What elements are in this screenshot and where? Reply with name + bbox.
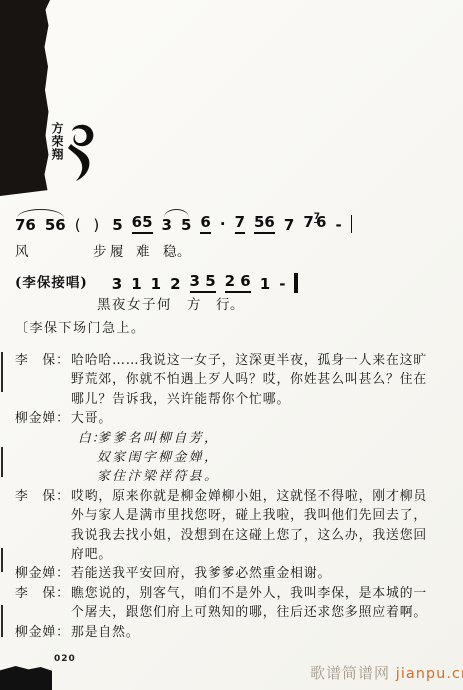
dialogue-line: 个屠夫，跟您们府上可熟知的哪，往后还求您多照应着啊。 bbox=[15, 603, 449, 622]
dash: - bbox=[335, 217, 341, 234]
scan-artifact bbox=[1, 605, 3, 637]
dialogue-text: 哈哈哈……我说这一女子，这深更半夜，孤身一人来在这旷 bbox=[71, 351, 449, 370]
note-underlined: 2 6 bbox=[225, 273, 251, 293]
note-with-grace: 776 bbox=[303, 214, 326, 234]
music-line-2: (李保接唱) 3 1 1 2 3 5 2 6 1 - bbox=[15, 273, 298, 293]
dialogue-text: 哪儿？告诉我，兴许能帮你个忙哪。 bbox=[71, 390, 449, 409]
dialogue-text: 若能送我平安回府，我爹爹必然重金相谢。 bbox=[71, 564, 449, 583]
dialogue-text: 大哥。 bbox=[71, 409, 449, 428]
scan-artifact bbox=[1, 548, 3, 572]
verse-line: 白：爹爹名叫柳自芳， bbox=[15, 429, 449, 448]
dialogue-line: 李 保：瞧您说的，别客气，咱们不是外人，我叫李保，是本城的一 bbox=[15, 584, 449, 603]
speaker-name: 李 保： bbox=[15, 487, 71, 506]
dialogue-line: 李 保：哎哟，原来你就是柳金婵柳小姐，这就怪不得啦，刚才柳员 bbox=[15, 487, 449, 506]
seal-name-text: 方荣翔 bbox=[50, 122, 63, 184]
note: 3 bbox=[162, 217, 172, 234]
page-number: 020 bbox=[54, 654, 76, 664]
note: 1 bbox=[260, 276, 270, 293]
speaker-name: 李 保： bbox=[15, 351, 71, 370]
note: 1 bbox=[131, 276, 141, 293]
dash: - bbox=[279, 276, 285, 293]
dialogue-text: 府吧。 bbox=[71, 545, 449, 564]
speaker-name: 柳金婵： bbox=[15, 623, 71, 642]
grace-note: 7 bbox=[314, 212, 320, 223]
barline bbox=[351, 215, 353, 233]
dialogue-text: 野荒郊，你就不怕遇上歹人吗？哎，你姓甚么叫甚么？住在 bbox=[71, 370, 449, 389]
dialogue-line: 李 保：哈哈哈……我说这一女子，这深更半夜，孤身一人来在这旷 bbox=[15, 351, 449, 370]
verse-label: 白： bbox=[78, 429, 97, 448]
tie-group: 3 5 bbox=[162, 217, 192, 234]
lyric: 子 bbox=[142, 293, 156, 313]
dialogue-line: 野荒郊，你就不怕遇上歹人吗？哎，你姓甚么叫甚么？住在 bbox=[15, 370, 449, 389]
singer-cue: (李保接唱) bbox=[15, 275, 88, 293]
note: 5 bbox=[181, 217, 191, 234]
dialogue-line: 柳金婵：若能送我平安回府，我爹爹必然重金相谢。 bbox=[15, 564, 449, 583]
rest-parentheses: ( ) bbox=[75, 217, 103, 234]
lyric: 夜 bbox=[112, 293, 126, 313]
seal-swirl-icon bbox=[63, 124, 95, 184]
dialogue-text: 我说我去找小姐，没想到在这碰上您了，这么办，我送您回 bbox=[71, 526, 449, 545]
lyric: 方 bbox=[187, 293, 201, 313]
stage-direction: 〔李保下场门急上。 bbox=[15, 317, 146, 336]
dialogue-text: 哎哟，原来你就是柳金婵柳小姐，这就怪不得啦，刚才柳员 bbox=[71, 487, 449, 506]
verse-line: 奴家闺字柳金婵， bbox=[15, 448, 449, 467]
dialogue-line: 府吧。 bbox=[15, 545, 449, 564]
lyric: 行。 bbox=[216, 293, 244, 313]
seal: 方荣翔 bbox=[50, 122, 96, 184]
lyric: 履 bbox=[110, 240, 124, 260]
scan-artifact bbox=[1, 447, 3, 477]
verse-line: 家住汴梁祥符县。 bbox=[15, 467, 449, 486]
note-underlined: 3 5 bbox=[190, 273, 216, 293]
verse-text: 家住汴梁祥符县。 bbox=[97, 467, 449, 486]
watermark-site-name: 歌谱简谱网 bbox=[310, 664, 390, 682]
note-underlined: 56 bbox=[254, 214, 275, 234]
note: 76 bbox=[15, 217, 36, 234]
note-underlined: 7 bbox=[235, 214, 245, 234]
dialogue-line: 外与家人是满市里找您呀，碰上我啦，我叫他们先回去了， bbox=[15, 506, 449, 525]
dialogue-block: 李 保：哈哈哈……我说这一女子，这深更半夜，孤身一人来在这旷 野荒郊，你就不怕遇… bbox=[15, 351, 449, 642]
dialogue-text: 外与家人是满市里找您呀，碰上我啦，我叫他们先回去了， bbox=[71, 506, 449, 525]
lyric: 难 bbox=[136, 240, 150, 260]
scanned-score-page: { "seal": { "name": "方荣翔" }, "music": { … bbox=[0, 0, 463, 690]
note: 2 bbox=[170, 276, 180, 293]
lyric: 何 bbox=[157, 293, 171, 313]
final-barline bbox=[294, 273, 298, 293]
lyric: 步 bbox=[93, 240, 107, 260]
note-underlined: 65 bbox=[132, 214, 153, 234]
dialogue-text: 那是自然。 bbox=[71, 623, 449, 642]
dialogue-text: 瞧您说的，别客气，咱们不是外人，我叫李保，是本城的一 bbox=[71, 584, 449, 603]
note: 5 bbox=[112, 217, 122, 234]
lyric: 风 bbox=[15, 240, 29, 260]
speaker-name: 李 保： bbox=[15, 584, 71, 603]
lyric: 女 bbox=[127, 293, 141, 313]
speaker-name: 柳金婵： bbox=[15, 409, 71, 428]
lyric: 稳。 bbox=[163, 240, 191, 260]
watermark: 歌谱简谱网 jianpu.cn bbox=[310, 662, 463, 683]
tie-group: 76 56 bbox=[15, 217, 66, 234]
note: 1 bbox=[151, 276, 161, 293]
ink-blob-artifact bbox=[0, 666, 52, 690]
watermark-site-url: jianpu.cn bbox=[396, 666, 463, 682]
note-underlined: 6 bbox=[200, 214, 210, 234]
dialogue-line: 哪儿？告诉我，兴许能帮你个忙哪。 bbox=[15, 390, 449, 409]
verse-text: 奴家闺字柳金婵， bbox=[97, 448, 449, 467]
music-line-1: 76 56 ( ) 5 65 3 5 6 · 7 56 7 776 - bbox=[15, 214, 352, 234]
dialogue-text: 个屠夫，跟您们府上可熟知的哪，往后还求您多照应着啊。 bbox=[71, 603, 449, 622]
scan-artifact bbox=[1, 352, 3, 392]
ink-blob-artifact bbox=[0, 0, 50, 196]
verse-text: 爹爹名叫柳自芳， bbox=[97, 429, 449, 448]
dialogue-line: 柳金婵：那是自然。 bbox=[15, 623, 449, 642]
dialogue-line: 我说我去找小姐，没想到在这碰上您了，这么办，我送您回 bbox=[15, 526, 449, 545]
dialogue-line: 柳金婵：大哥。 bbox=[15, 409, 449, 428]
augmentation-dot: · bbox=[220, 219, 226, 229]
speaker-name: 柳金婵： bbox=[15, 564, 71, 583]
lyric: 黑 bbox=[97, 293, 111, 313]
note: 56 bbox=[45, 217, 66, 234]
note: 3 bbox=[112, 276, 122, 293]
note: 7 bbox=[284, 217, 294, 234]
